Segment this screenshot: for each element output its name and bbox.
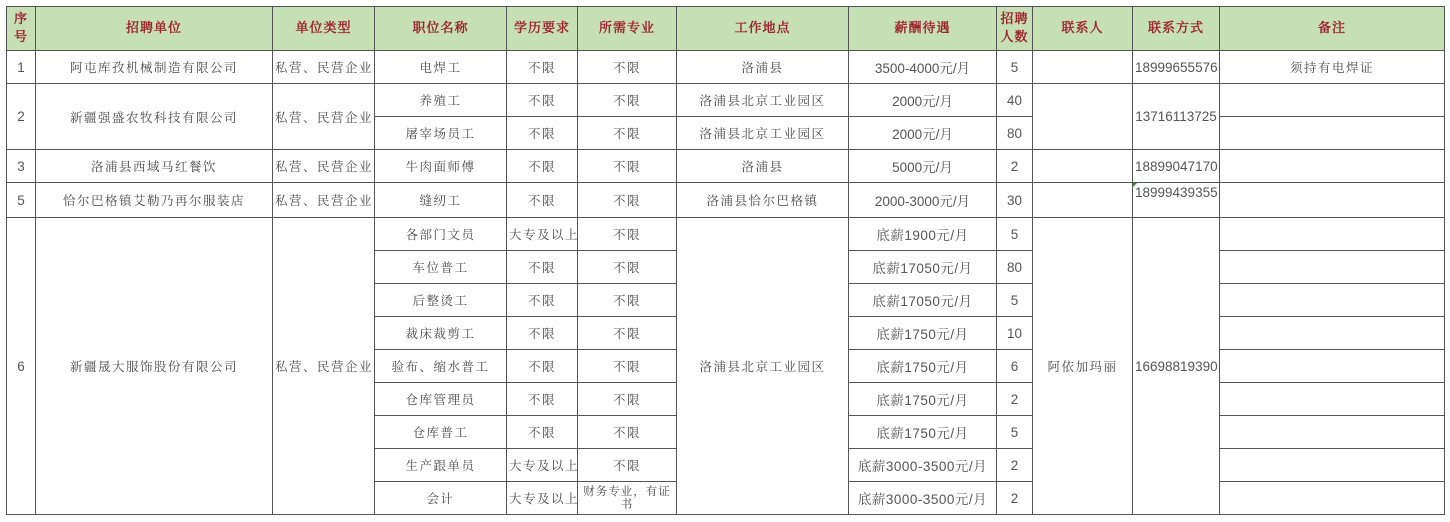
cell-position: 养殖工 bbox=[375, 84, 507, 117]
cell-position: 仓库普工 bbox=[375, 416, 507, 449]
cell-headcount: 30 bbox=[997, 183, 1033, 218]
cell-contact-person: 阿依加玛丽 bbox=[1033, 218, 1133, 515]
cell-index: 6 bbox=[7, 218, 36, 515]
cell-location: 洛浦县北京工业园区 bbox=[677, 84, 849, 117]
cell-salary: 底薪17050元/月 bbox=[849, 251, 997, 284]
cell-salary: 2000-3000元/月 bbox=[849, 183, 997, 218]
cell-major: 财务专业，有证书 bbox=[578, 482, 677, 515]
cell-headcount: 2 bbox=[997, 383, 1033, 416]
header-row: 序号 招聘单位 单位类型 职位名称 学历要求 所需专业 工作地点 薪酬待遇 招聘… bbox=[7, 7, 1445, 51]
cell-company-type: 私营、民营企业 bbox=[273, 51, 375, 84]
table-row: 1 阿屯库孜机械制造有限公司 私营、民营企业 电焊工 不限 不限 洛浦县 350… bbox=[7, 51, 1445, 84]
cell-contact-phone: 18999439355 bbox=[1133, 183, 1220, 218]
header-contact-phone: 联系方式 bbox=[1133, 7, 1220, 51]
cell-position: 验布、缩水普工 bbox=[375, 350, 507, 383]
cell-remarks: 须持有电焊证 bbox=[1220, 51, 1445, 84]
cell-headcount: 80 bbox=[997, 117, 1033, 150]
cell-company-type: 私营、民营企业 bbox=[273, 183, 375, 218]
cell-company-type: 私营、民营企业 bbox=[273, 218, 375, 515]
cell-major: 不限 bbox=[578, 117, 677, 150]
cell-education: 不限 bbox=[507, 150, 578, 183]
table-row: 3 洛浦县西域马红餐饮 私营、民营企业 牛肉面师傅 不限 不限 洛浦县 5000… bbox=[7, 150, 1445, 183]
cell-contact-phone: 16698819390 bbox=[1133, 218, 1220, 515]
cell-remarks bbox=[1220, 183, 1445, 218]
cell-salary: 底薪3000-3500元/月 bbox=[849, 482, 997, 515]
header-remarks: 备注 bbox=[1220, 7, 1445, 51]
header-index: 序号 bbox=[7, 7, 36, 51]
table-row: 2 新疆强盛农牧科技有限公司 私营、民营企业 养殖工 不限 不限 洛浦县北京工业… bbox=[7, 84, 1445, 117]
cell-salary: 底薪1750元/月 bbox=[849, 416, 997, 449]
cell-contact-person bbox=[1033, 183, 1133, 218]
cell-education: 不限 bbox=[507, 350, 578, 383]
cell-contact-person bbox=[1033, 150, 1133, 183]
cell-headcount: 5 bbox=[997, 284, 1033, 317]
cell-headcount: 5 bbox=[997, 218, 1033, 251]
cell-major: 不限 bbox=[578, 350, 677, 383]
cell-remarks bbox=[1220, 383, 1445, 416]
cell-salary: 底薪1750元/月 bbox=[849, 350, 997, 383]
cell-salary: 2000元/月 bbox=[849, 117, 997, 150]
cell-major: 不限 bbox=[578, 51, 677, 84]
cell-contact-person bbox=[1033, 51, 1133, 84]
cell-position: 仓库管理员 bbox=[375, 383, 507, 416]
cell-headcount: 40 bbox=[997, 84, 1033, 117]
header-headcount: 招聘人数 bbox=[997, 7, 1033, 51]
cell-education: 不限 bbox=[507, 84, 578, 117]
cell-remarks bbox=[1220, 416, 1445, 449]
cell-salary: 3500-4000元/月 bbox=[849, 51, 997, 84]
cell-index: 2 bbox=[7, 84, 36, 150]
cell-position: 屠宰场员工 bbox=[375, 117, 507, 150]
cell-headcount: 10 bbox=[997, 317, 1033, 350]
cell-company: 新疆晟大服饰股份有限公司 bbox=[36, 218, 273, 515]
cell-position: 缝纫工 bbox=[375, 183, 507, 218]
header-company: 招聘单位 bbox=[36, 7, 273, 51]
cell-major: 不限 bbox=[578, 284, 677, 317]
cell-education: 不限 bbox=[507, 317, 578, 350]
cell-company: 恰尔巴格镇艾勒乃再尔服装店 bbox=[36, 183, 273, 218]
table-row: 5 恰尔巴格镇艾勒乃再尔服装店 私营、民营企业 缝纫工 不限 不限 洛浦县恰尔巴… bbox=[7, 183, 1445, 218]
cell-education: 大专及以上 bbox=[507, 218, 578, 251]
table-row: 6 新疆晟大服饰股份有限公司 私营、民营企业 各部门文员 大专及以上 不限 洛浦… bbox=[7, 218, 1445, 251]
cell-education: 不限 bbox=[507, 416, 578, 449]
cell-education: 大专及以上 bbox=[507, 482, 578, 515]
cell-education: 不限 bbox=[507, 284, 578, 317]
cell-major: 不限 bbox=[578, 251, 677, 284]
cell-major: 不限 bbox=[578, 150, 677, 183]
cell-location: 洛浦县恰尔巴格镇 bbox=[677, 183, 849, 218]
cell-salary: 2000元/月 bbox=[849, 84, 997, 117]
cell-remarks bbox=[1220, 317, 1445, 350]
header-contact-person: 联系人 bbox=[1033, 7, 1133, 51]
header-education: 学历要求 bbox=[507, 7, 578, 51]
cell-salary: 底薪17050元/月 bbox=[849, 284, 997, 317]
cell-position: 牛肉面师傅 bbox=[375, 150, 507, 183]
header-salary: 薪酬待遇 bbox=[849, 7, 997, 51]
cell-major: 不限 bbox=[578, 449, 677, 482]
cell-major: 不限 bbox=[578, 84, 677, 117]
cell-remarks bbox=[1220, 84, 1445, 117]
cell-company: 阿屯库孜机械制造有限公司 bbox=[36, 51, 273, 84]
cell-remarks bbox=[1220, 218, 1445, 251]
cell-location: 洛浦县北京工业园区 bbox=[677, 218, 849, 515]
cell-salary: 底薪1900元/月 bbox=[849, 218, 997, 251]
cell-company-type: 私营、民营企业 bbox=[273, 84, 375, 150]
cell-salary: 底薪1750元/月 bbox=[849, 317, 997, 350]
cell-headcount: 2 bbox=[997, 482, 1033, 515]
cell-headcount: 2 bbox=[997, 150, 1033, 183]
cell-salary: 5000元/月 bbox=[849, 150, 997, 183]
cell-location: 洛浦县 bbox=[677, 51, 849, 84]
cell-location: 洛浦县 bbox=[677, 150, 849, 183]
cell-major: 不限 bbox=[578, 317, 677, 350]
cell-position: 裁床裁剪工 bbox=[375, 317, 507, 350]
cell-contact-phone: 18899047170 bbox=[1133, 150, 1220, 183]
header-company-type: 单位类型 bbox=[273, 7, 375, 51]
cell-remarks bbox=[1220, 449, 1445, 482]
cell-salary: 底薪3000-3500元/月 bbox=[849, 449, 997, 482]
cell-index: 5 bbox=[7, 183, 36, 218]
header-position: 职位名称 bbox=[375, 7, 507, 51]
cell-education: 不限 bbox=[507, 183, 578, 218]
cell-company: 新疆强盛农牧科技有限公司 bbox=[36, 84, 273, 150]
cell-major: 不限 bbox=[578, 183, 677, 218]
cell-position: 各部门文员 bbox=[375, 218, 507, 251]
cell-remarks bbox=[1220, 482, 1445, 515]
cell-contact-phone: 13716113725 bbox=[1133, 84, 1220, 150]
cell-position: 生产跟单员 bbox=[375, 449, 507, 482]
cell-index: 1 bbox=[7, 51, 36, 84]
cell-remarks bbox=[1220, 251, 1445, 284]
recruitment-table: 序号 招聘单位 单位类型 职位名称 学历要求 所需专业 工作地点 薪酬待遇 招聘… bbox=[6, 6, 1445, 515]
cell-position: 电焊工 bbox=[375, 51, 507, 84]
cell-education: 大专及以上 bbox=[507, 449, 578, 482]
cell-education: 不限 bbox=[507, 117, 578, 150]
cell-headcount: 80 bbox=[997, 251, 1033, 284]
cell-index: 3 bbox=[7, 150, 36, 183]
cell-major: 不限 bbox=[578, 218, 677, 251]
cell-headcount: 2 bbox=[997, 449, 1033, 482]
cell-remarks bbox=[1220, 350, 1445, 383]
header-location: 工作地点 bbox=[677, 7, 849, 51]
cell-contact-person bbox=[1033, 84, 1133, 150]
cell-education: 不限 bbox=[507, 51, 578, 84]
cell-remarks bbox=[1220, 117, 1445, 150]
cell-company: 洛浦县西域马红餐饮 bbox=[36, 150, 273, 183]
cell-education: 不限 bbox=[507, 251, 578, 284]
cell-contact-phone: 18999655576 bbox=[1133, 51, 1220, 84]
cell-headcount: 5 bbox=[997, 51, 1033, 84]
cell-headcount: 6 bbox=[997, 350, 1033, 383]
cell-remarks bbox=[1220, 150, 1445, 183]
cell-location: 洛浦县北京工业园区 bbox=[677, 117, 849, 150]
cell-remarks bbox=[1220, 284, 1445, 317]
cell-position: 会计 bbox=[375, 482, 507, 515]
cell-major: 不限 bbox=[578, 383, 677, 416]
cell-headcount: 5 bbox=[997, 416, 1033, 449]
cell-position: 车位普工 bbox=[375, 251, 507, 284]
cell-company-type: 私营、民营企业 bbox=[273, 150, 375, 183]
header-major: 所需专业 bbox=[578, 7, 677, 51]
cell-major: 不限 bbox=[578, 416, 677, 449]
cell-salary: 底薪1750元/月 bbox=[849, 383, 997, 416]
cell-position: 后整烫工 bbox=[375, 284, 507, 317]
cell-education: 不限 bbox=[507, 383, 578, 416]
